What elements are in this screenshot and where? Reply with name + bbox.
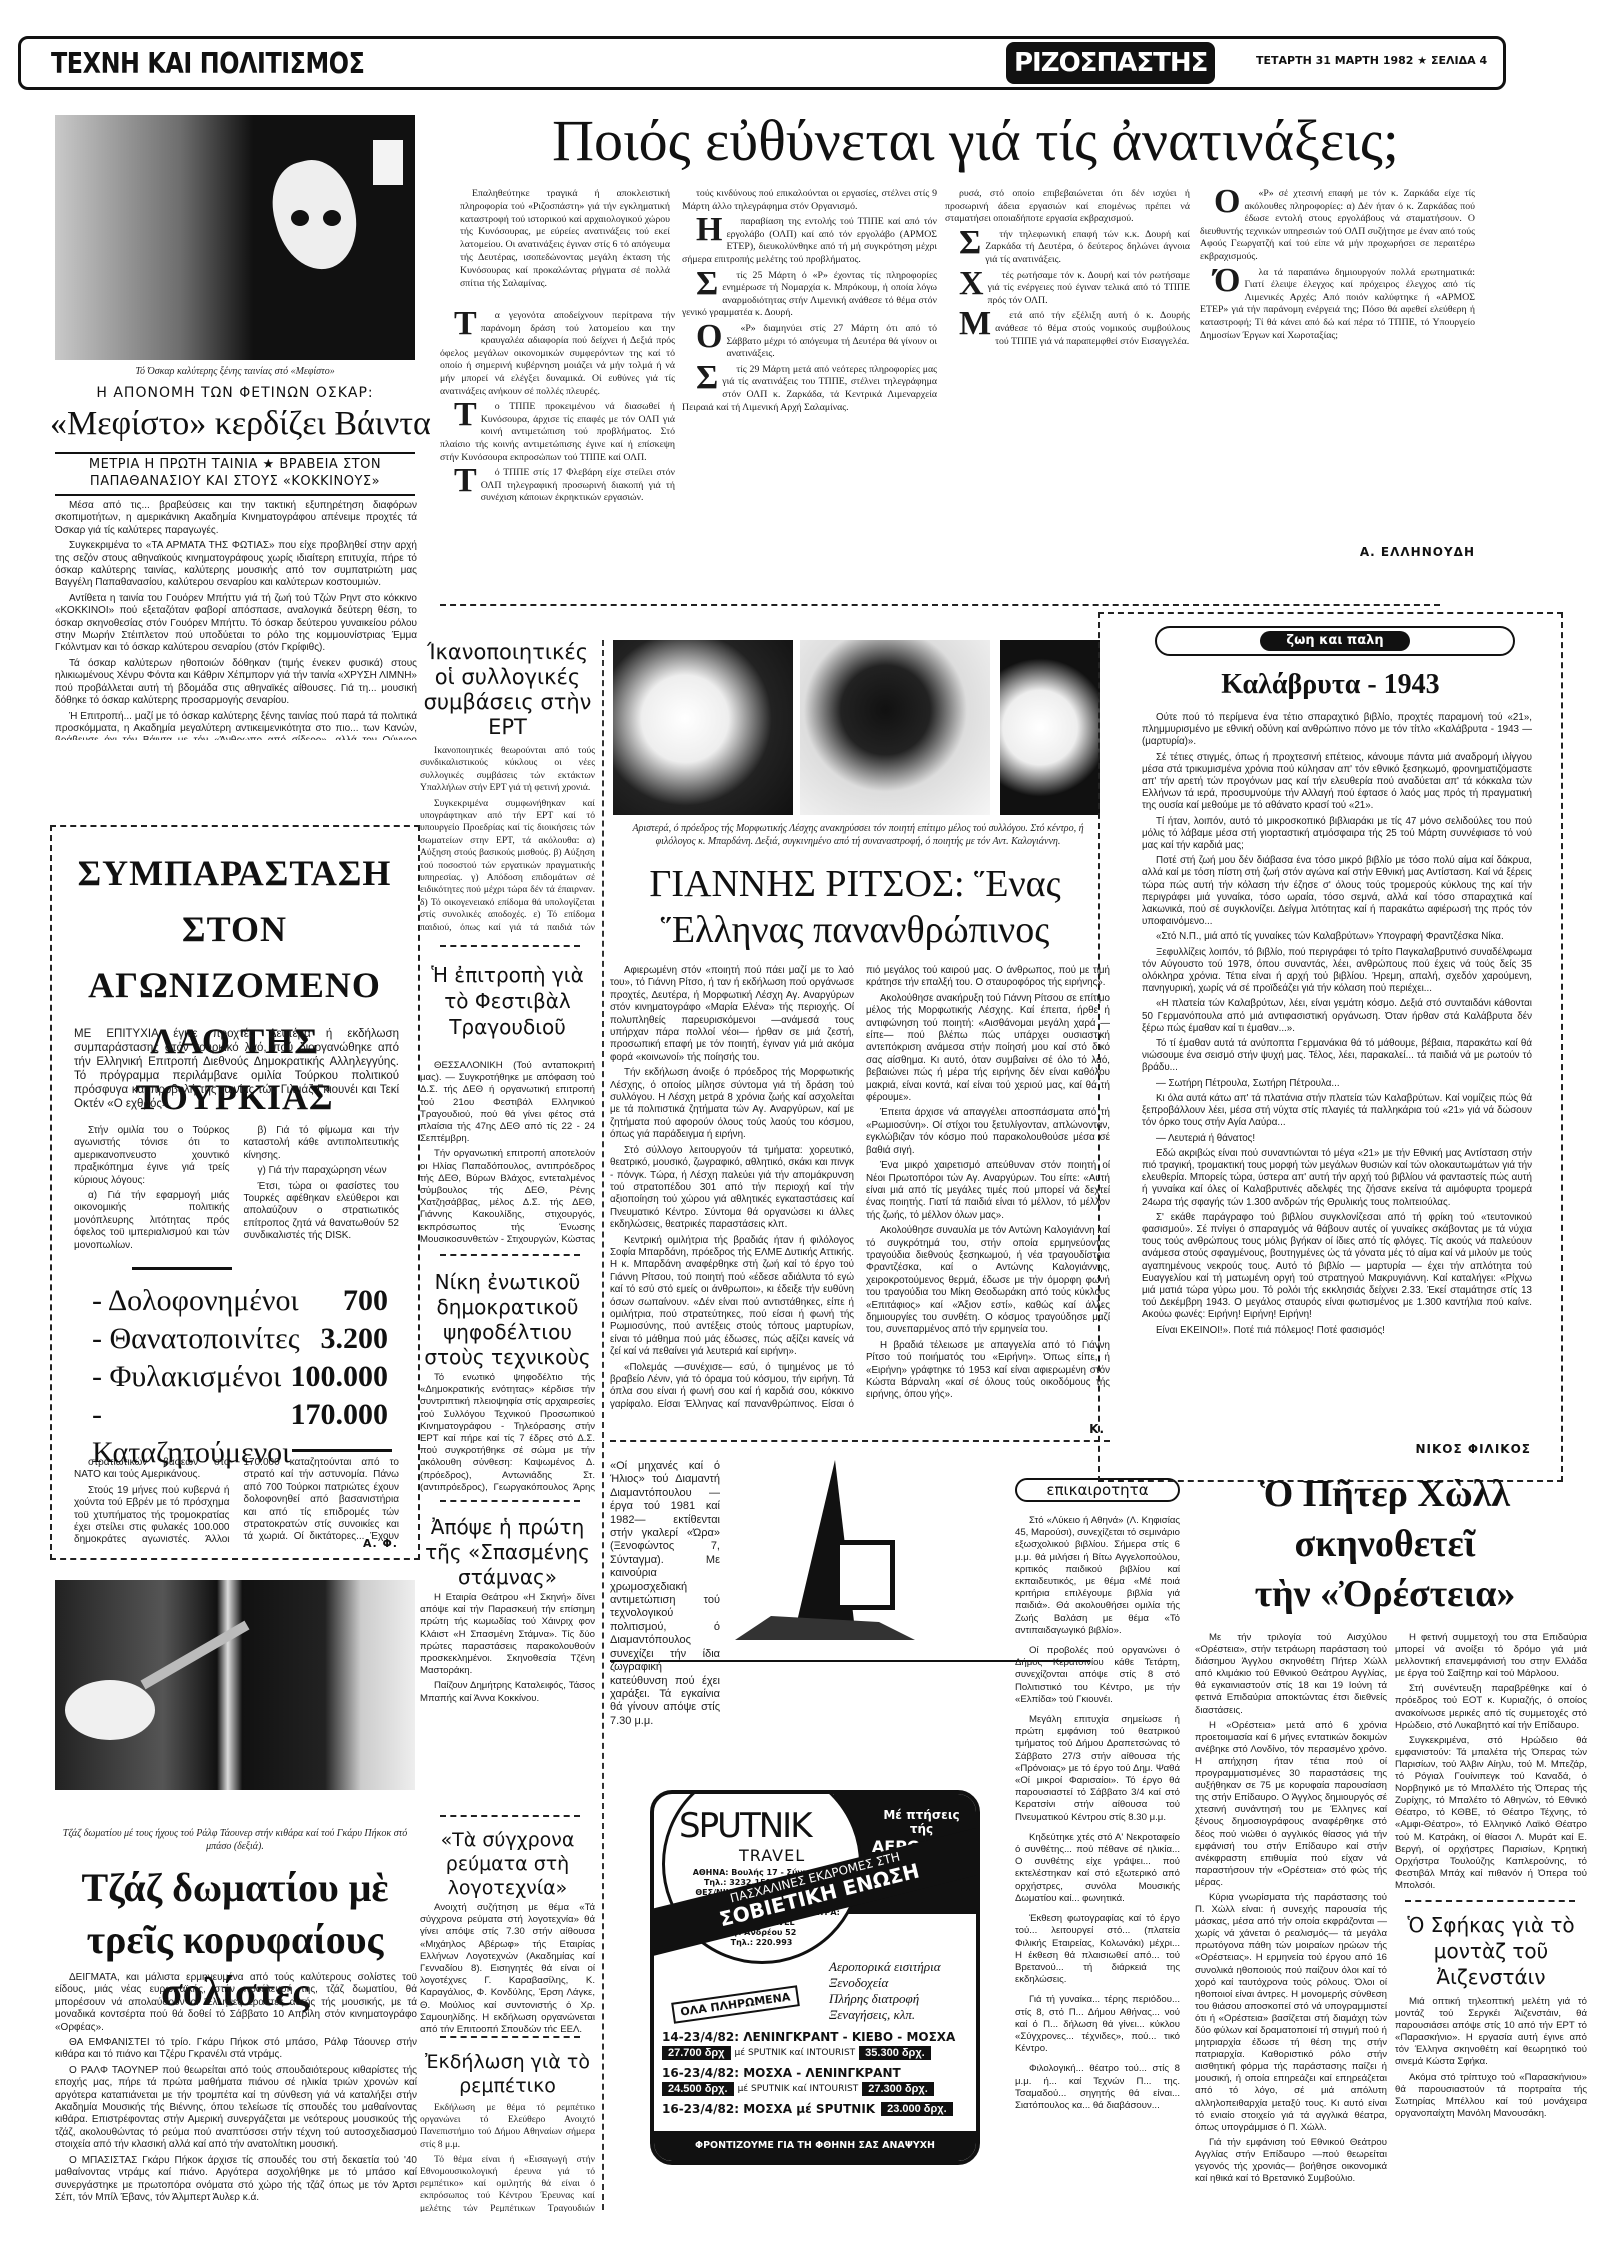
- stat-row: - Φυλακισμένοι100.000: [52, 1358, 418, 1396]
- sputnik-ad: SPUTNIK TRAVEL ΑΘΗΝΑ: Βουλής 17 - Σύνταγ…: [650, 1790, 980, 2165]
- ad-tours: 14-23/4/82: ΛΕΝΙΝΓΚΡΑΝΤ - ΚΙΕΒΟ - ΜΟΣΧΑ …: [662, 2030, 974, 2116]
- explosions-lead: Επαληθεύτηκε τραγικά ή αποκλειστική πληρ…: [460, 188, 670, 290]
- explosions-headline: Ποιός εὐθύνεται γιά τίς ἀνατινάξεις;: [418, 105, 1533, 177]
- ritsos-photo-right: [1000, 640, 1100, 815]
- turkey-box: ΣΥΜΠΑΡΑΣΤΑΣΗ ΣΤΟΝ ΑΓΩΝΙΖΟΜΕΝΟ ΛΑΟ ΤΗΣ ΤΟ…: [50, 825, 420, 1560]
- jazz-photo: [55, 1580, 415, 1790]
- section-title: ΤΕΧΝΗ ΚΑΙ ΠΟΛΙΤΙΣΜΟΣ: [51, 47, 364, 80]
- ad-footer: ΦΡΟΝΤΙΖΟΥΜΕ ΓΙΑ ΤΗ ΦΘΗΝΗ ΣΑΣ ΑΝΑΨΥΧΗ: [654, 2131, 976, 2161]
- oscar-photo-caption: Τό Όσκαρ καλύτερης ξένης ταινίας στό «Με…: [55, 366, 415, 377]
- stamna-body: Η Εταιρία Θεάτρου «Η Σκηνή» δίνει απόψε …: [420, 1592, 595, 1782]
- turkey-body-top: Στήν ομιλία του ο Τούρκος αγωνιστής τόνι…: [74, 1125, 399, 1260]
- stat-row: - Θανατοποινίτες3.200: [52, 1320, 418, 1358]
- explosions-body-col2: τούς κινδύνους πού επικαλούνται οι εργασ…: [682, 188, 937, 580]
- current-body: Στό «Λύκειο ή Αθηνά» (Λ. Κηφισίας 45, Μα…: [1015, 1515, 1180, 2215]
- date-page: ΤΕΤΑΡΤΗ 31 ΜΑΡΤΗ 1982 ★ ΣΕΛΙΔΑ 4: [1256, 54, 1487, 67]
- current-item: Φιλολογική... θέατρο τού... στίς 8 μ.μ. …: [1015, 2063, 1180, 2112]
- kalavryta-box: ζωη και παλη Καλάβρυτα - 1943 Ούτε πού τ…: [1098, 612, 1563, 1482]
- explosions-body-col3: ρυσά, στό οποίο επιβεβαιώνεται ότι δέν ι…: [945, 188, 1190, 580]
- turkey-body-bottom: στρατιωτικών βάσεων στο ΝΑΤΟ και τούς Αμ…: [74, 1457, 399, 1547]
- sculpture-photo: [735, 1460, 915, 1650]
- ad-all-paid: ΟΛΑ ΠΛΗΡΩΜΕΝΑ: [671, 1985, 799, 2023]
- oresteia-headline-2: σκηνοθετεῖ: [1185, 1520, 1585, 1568]
- explosions-body-col1: Τα γεγονότα αποδείχνουν περίτρανα τήν πα…: [440, 310, 675, 580]
- oscar-subhead: ΜΕΤΡΙΑ Η ΠΡΩΤΗ ΤΑΙΝΙΑ ★ ΒΡΑΒΕΙΑ ΣΤΟΝ ΠΑΠ…: [55, 456, 415, 490]
- tour-row: 16-23/4/82: ΜΟΣΧΑ - ΛΕΝΙΝΓΚΡΑΝΤ 24.500 δ…: [662, 2066, 974, 2096]
- oresteia-headline-1: Ὁ Πῆτερ Χὼλλ: [1185, 1470, 1585, 1518]
- turkey-lead: ΜΕ ΕΠΙΤΥΧΙΑ έγινε προχτές Δευτέρα ή εκδή…: [74, 1027, 399, 1111]
- doll-face: [262, 152, 368, 279]
- current-item: Στό «Λύκειο ή Αθηνά» (Λ. Κηφισίας 45, Μα…: [1015, 1515, 1180, 1637]
- oscar-kicker: Η ΑΠΟΝΟΜΗ ΤΩΝ ΦΕΤΙΝΩΝ ΟΣΚΑΡ:: [55, 385, 415, 401]
- sfikas-headline: Ὁ Σφήκας γιὰ τὸ μοντὰζ τοῦ Ἀιζενστάιν: [1395, 1912, 1587, 1990]
- jazz-photo-caption: Τζάζ δωματίου μέ τους ήχους τού Ράλφ Τάο…: [60, 1827, 410, 1853]
- ritsos-headline-1: ΓΙΑΝΝΗΣ ΡΙΤΣΟΣ: Ἕνας: [600, 862, 1110, 906]
- ad-brand-sub: TRAVEL: [739, 1846, 805, 1865]
- paper-logo: ΡΙΖΟΣΠΑΣΤΗΣ: [1006, 42, 1215, 84]
- current-item: Οί προβολές πού οργανώνει ό Δήμος Κερατσ…: [1015, 1645, 1180, 1706]
- festival-body: ΘΕΣΣΑΛΟΝΙΚΗ (Τού ανταποκριτή μας). — Συγ…: [420, 1060, 595, 1245]
- kalavryta-signature: ΝΙΚΟΣ ΦΙΛΙΚΟΣ: [1416, 1442, 1532, 1456]
- guitar-shape: [65, 1680, 155, 1740]
- oresteia-body-col2: Η φετινή συμμετοχή του στα Επιδαύρια μπο…: [1395, 1632, 1587, 1894]
- oscar-headline: «Μεφίστο» κερδίζει Βάιντα: [50, 405, 420, 443]
- current-item: Γιά τή γυναίκα... τέρης περιόδου... στίς…: [1015, 1994, 1180, 2055]
- turkey-stats: - Δολοφονημένοι700 - Θανατοποινίτες3.200…: [52, 1282, 418, 1472]
- current-item: Έκθεση φωτογραφίας καί τό έργο τού... λε…: [1015, 1913, 1180, 1986]
- technicians-headline: Νίκη ἐνωτικοῦ δημοκρατικοῦ ψηφοδέλτιου σ…: [420, 1270, 595, 1370]
- festival-headline: Ἡ ἐπιτροπὴ γιὰ τὸ Φεστιβὰλ Τραγουδιοῦ: [420, 962, 595, 1040]
- literature-body: Ανοιχτή συζήτηση με θέμα «Τά σύγχρονα ρε…: [420, 1902, 595, 2032]
- ad-brand: SPUTNIK: [679, 1806, 811, 1846]
- tour-row: 16-23/4/82: ΜΟΣΧΑ μέ SPUTNIK 23.000 δρχ.: [662, 2102, 974, 2116]
- oresteia-body-col1: Με τήν τριλογία τού Αισχύλου «Ορέστεια»,…: [1195, 1632, 1387, 2187]
- technicians-body: Τό ενωτικό ψηφοδέλτιο τής «Δημοκρατικής …: [420, 1372, 595, 1492]
- kalavryta-column-label: ζωη και παλη: [1155, 626, 1515, 656]
- rebetiko-body: Εκδήλωση με θέμα τό ρεμπέτικο οργανώνει …: [420, 2102, 595, 2212]
- stamna-headline: Ἀπόψε ἡ πρώτη τῆς «Σπασμένης στάμνας»: [420, 1515, 595, 1590]
- sfikas-body: Μιά οπτική τηλεοπτική μελέτη γιά τό μοντ…: [1395, 1996, 1587, 2146]
- explosions-signature: Α. ΕΛΛΗΝΟΥΔΗ: [1300, 545, 1475, 559]
- kalavryta-headline: Καλάβρυτα - 1943: [1100, 669, 1561, 701]
- stat-row: - Δολοφονημένοι700: [52, 1282, 418, 1320]
- ritsos-photo-center: [800, 640, 990, 815]
- literature-headline: «Τὰ σύγχρονα ρεύματα στὴ λογοτεχνία»: [420, 1828, 595, 1900]
- masthead-bar: ΤΕΧΝΗ ΚΑΙ ΠΟΛΙΤΙΣΜΟΣ ΡΙΖΟΣΠΑΣΤΗΣ ΤΕΤΑΡΤΗ…: [18, 36, 1506, 90]
- oscar-photo: [55, 115, 415, 360]
- ert-headline: Ίκανοποιητικές οἱ συλλογικές συμβάσεις σ…: [420, 640, 595, 740]
- ritsos-body: Αφιερωμένη στόν «ποιητή πού πάει μαζί με…: [610, 965, 1110, 1420]
- turkey-signature: Α. Φ.: [363, 1537, 398, 1550]
- ritsos-photo-caption: Αριστερά, ό πρόεδρος τής Μορφωτικής Λέσχ…: [613, 822, 1103, 848]
- ritsos-headline-2: Ἕλληνας πανανθρώπινος: [600, 908, 1110, 952]
- ritsos-photo-left: [613, 640, 793, 815]
- rebetiko-headline: Ἐκδήλωση γιὰ τὸ ρεμπέτικο: [420, 2050, 595, 2098]
- kalavryta-body: Ούτε πού τό περίμενα ένα τέτιο σπαραχτικ…: [1142, 712, 1532, 1430]
- jazz-body: ΔΕΙΓΜΑΤΑ, και μάλιστα ερμηνευμένα από το…: [55, 1972, 417, 2212]
- tour-row: 14-23/4/82: ΛΕΝΙΝΓΚΡΑΝΤ - ΚΙΕΒΟ - ΜΟΣΧΑ …: [662, 2030, 974, 2060]
- explosions-body-col4: Ο «Ρ» σέ χτεσινή επαφή με τόν κ. Ζαρκάδα…: [1200, 188, 1475, 543]
- gallery-body: «Οί μηχανές καί ό Ήλιος» τού Διαμαντή Δι…: [610, 1460, 720, 1728]
- oscar-body: Μέσα από τις... βραβεύσεις και την τακτι…: [55, 500, 417, 740]
- ert-body: Ικανοποιητικές θεωρούνται από τούς συνδι…: [420, 745, 595, 935]
- ad-included: Αεροπορικά εισιτήρια Ξενοδοχεία Πλήρης δ…: [829, 1959, 941, 2023]
- current-item: Κηδεύτηκε χτές στό Α' Νεκροταφείο ό συνθ…: [1015, 1832, 1180, 1905]
- current-item: Μεγάλη επιτυχία σημείωσε ή πρώτη εμφάνισ…: [1015, 1714, 1180, 1824]
- oresteia-headline-3: τὴν «Ὀρέστεια»: [1185, 1570, 1585, 1618]
